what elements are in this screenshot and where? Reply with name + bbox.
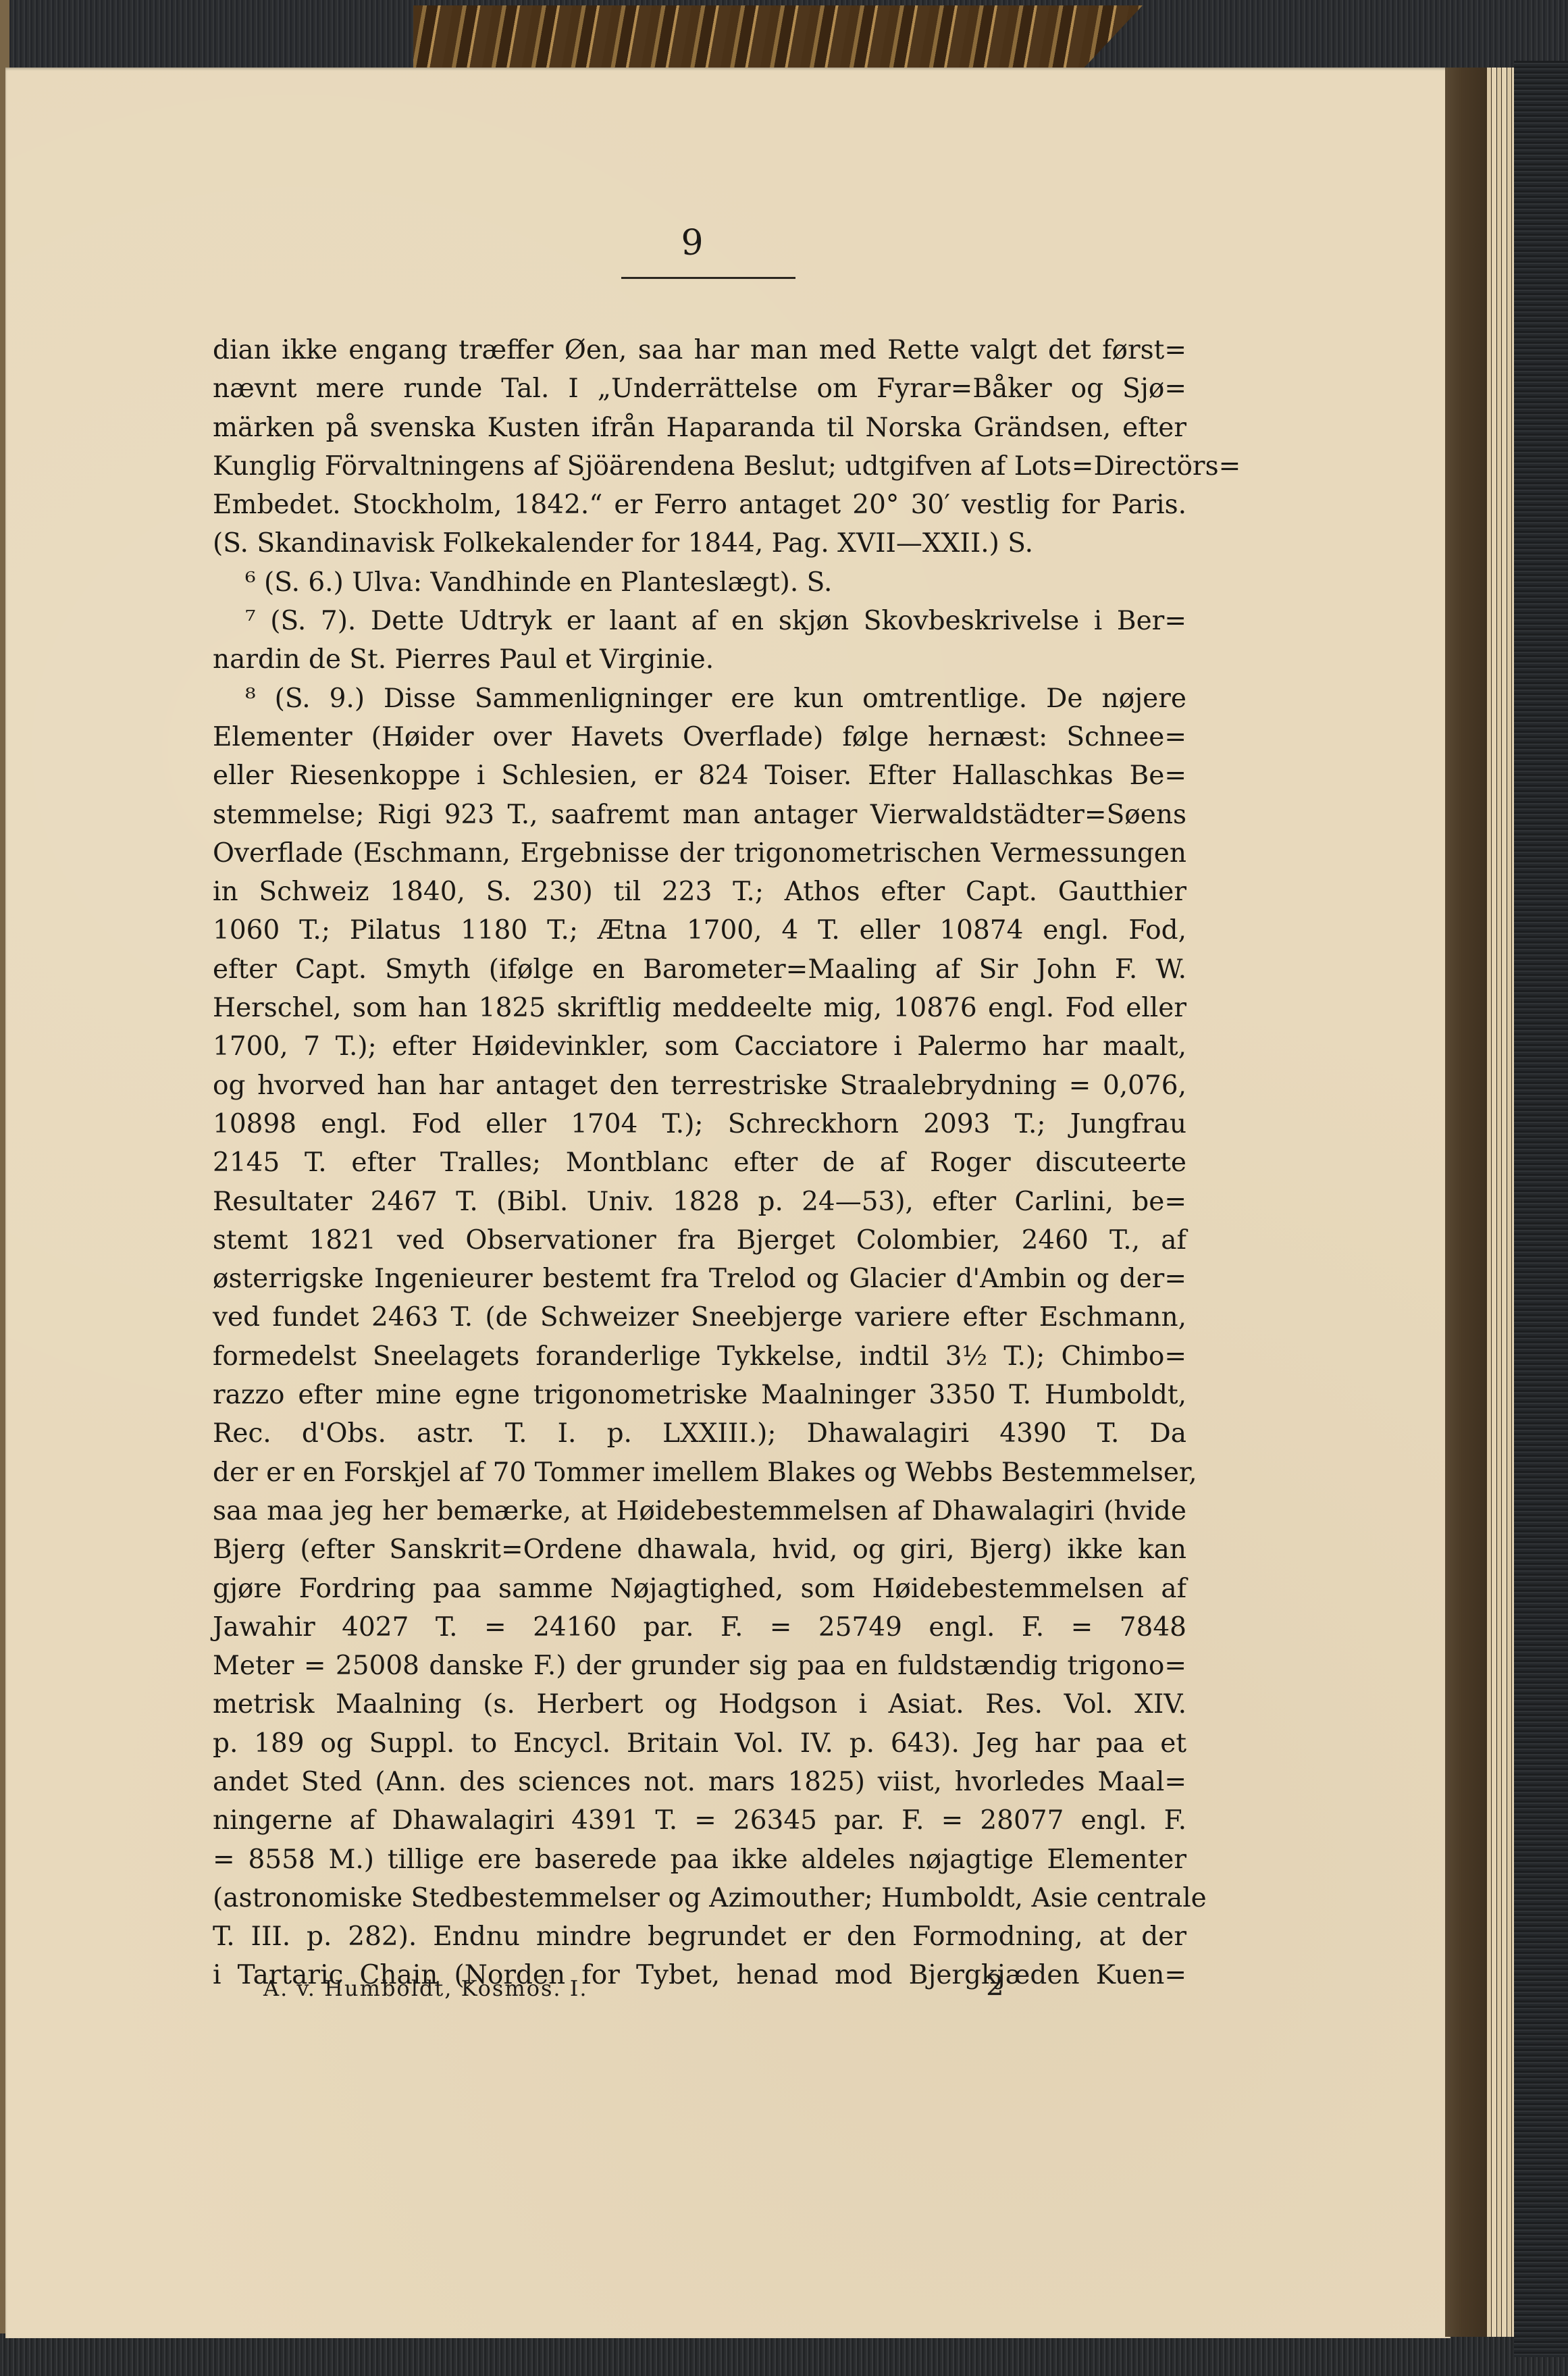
text-line: Embedet. Stockholm, 1842.“ er Ferro anta… [213,486,1186,524]
page-number: 9 [669,223,716,263]
text-line: Rec. d'Obs. astr. T. I. p. LXXIII.); Dha… [213,1414,1186,1453]
text-line: gjøre Fordring paa samme Nøjagtighed, so… [213,1570,1186,1608]
text-line: Jawahir 4027 T. = 24160 par. F. = 25749 … [213,1608,1186,1647]
footer-author-title: A. v. Humboldt, Kosmos. I. [263,1975,588,2001]
text-line: p. 189 og Suppl. to Encycl. Britain Vol.… [213,1724,1186,1763]
text-line: Herschel, som han 1825 skriftlig meddeel… [213,989,1186,1027]
footnote-text-block: dian ikke engang træffer Øen, saa har ma… [213,331,1186,1995]
text-line: dian ikke engang træffer Øen, saa har ma… [213,331,1186,369]
text-line: T. III. p. 282). Endnu mindre begrundet … [213,1917,1186,1956]
text-line: efter Capt. Smyth (ifølge en Barometer=M… [213,950,1186,989]
text-line: (S. Skandinavisk Folkekalender for 1844,… [213,524,1186,563]
text-line: andet Sted (Ann. des sciences not. mars … [213,1763,1186,1801]
text-line: østerrigske Ingenieurer bestemt fra Trel… [213,1260,1186,1298]
text-line: razzo efter mine egne trigonometriske Ma… [213,1376,1186,1414]
text-line: Resultater 2467 T. (Bibl. Univ. 1828 p. … [213,1183,1186,1221]
footnote-7: ⁷ (S. 7). Dette Udtryk er laant af en sk… [213,602,1186,640]
signature-mark: 2 [986,1969,1004,2002]
page-edges [1487,68,1514,2337]
text-line: 2145 T. efter Tralles; Montblanc efter d… [213,1143,1186,1182]
text-line: in Schweiz 1840, S. 230) til 223 T.; Ath… [213,873,1186,911]
text-line: Elementer (Høider over Havets Overflade)… [213,718,1186,756]
text-line: märken på svenska Kusten ifrån Haparanda… [213,409,1186,447]
text-line: metrisk Maalning (s. Herbert og Hodgson … [213,1685,1186,1724]
text-line: nævnt mere runde Tal. I „Underrättelse o… [213,369,1186,408]
text-line: ningerne af Dhawalagiri 4391 T. = 26345 … [213,1801,1186,1840]
text-line: saa maa jeg her bemærke, at Høidebestemm… [213,1492,1186,1530]
text-line: eller Riesenkoppe i Schlesien, er 824 To… [213,756,1186,795]
text-line: og hvorved han har antaget den terrestri… [213,1066,1186,1105]
text-line: (astronomiske Stedbestemmelser og Azimou… [213,1879,1186,1917]
text-line: Bjerg (efter Sanskrit=Ordene dhawala, hv… [213,1530,1186,1569]
text-line: Overflade (Eschmann, Ergebnisse der trig… [213,834,1186,873]
footnote-8: ⁸ (S. 9.) Disse Sammenligninger ere kun … [213,679,1186,718]
text-line: Meter = 25008 danske F.) der grunder sig… [213,1647,1186,1685]
text-line: ved fundet 2463 T. (de Schweizer Sneebje… [213,1298,1186,1337]
footnote-6: ⁶ (S. 6.) Ulva: Vandhinde en Planteslægt… [213,563,1186,602]
text-line: nardin de St. Pierres Paul et Virginie. [213,640,1186,679]
page-gutter-shadow [1445,68,1487,2337]
text-line: stemmelse; Rigi 923 T., saafremt man ant… [213,796,1186,834]
text-line: 10898 engl. Fod eller 1704 T.); Schreckh… [213,1105,1186,1143]
text-line: = 8558 M.) tillige ere baserede paa ikke… [213,1840,1186,1879]
text-line: formedelst Sneelagets foranderlige Tykke… [213,1337,1186,1376]
text-line: Kunglig Förvaltningens af Sjöärendena Be… [213,447,1186,486]
text-line: 1060 T.; Pilatus 1180 T.; Ætna 1700, 4 T… [213,911,1186,950]
text-line: 1700, 7 T.); efter Høidevinkler, som Cac… [213,1027,1186,1066]
text-line: der er en Forskjel af 70 Tommer imellem … [213,1453,1186,1492]
book-cover-right [1514,61,1568,2357]
book-cover-bottom [0,2333,1568,2376]
marbled-endpaper [413,5,1143,68]
page-number-rule [621,277,795,279]
text-line: stemt 1821 ved Observationer fra Bjerget… [213,1221,1186,1260]
